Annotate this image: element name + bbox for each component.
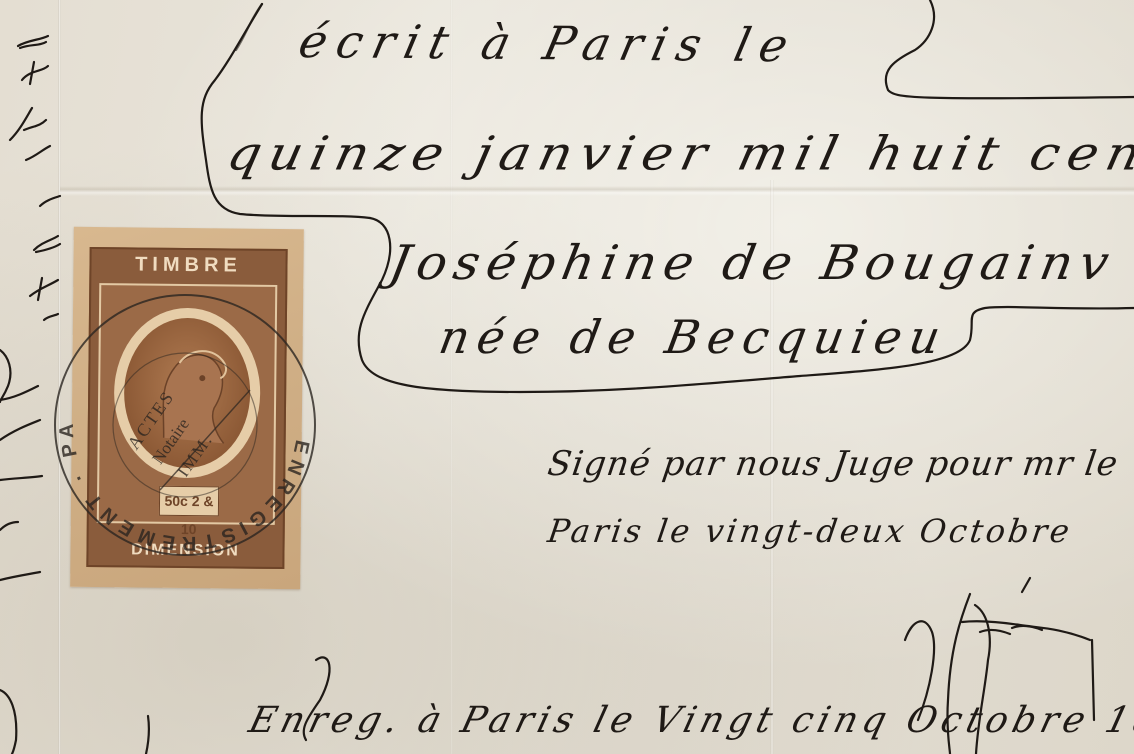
stamp-top-label: TIMBRE [91, 253, 285, 278]
handwriting-name: Joséphine de Bougainv [385, 235, 1120, 290]
handwriting-maiden-name: née de Becquieu [435, 310, 952, 364]
cancellation-postmark-icon: ENREGISTREMENT · PARIS · ACTES Notaire I… [40, 280, 330, 570]
handwriting-registration: Enreg. à Paris le Vingt cinq Octobre 188… [245, 700, 1134, 741]
handwriting-line-2: quinze janvier mil huit cent [222, 127, 1134, 181]
handwriting-date-line: Paris le vingt-deux Octobre [545, 512, 1074, 550]
handwriting-signed-by: Signé par nous Juge pour mr le [545, 444, 1121, 484]
handwriting-line-1: écrit à Paris le [294, 14, 803, 72]
document-photo: écrit à Paris le quinze janvier mil huit… [0, 0, 1134, 754]
